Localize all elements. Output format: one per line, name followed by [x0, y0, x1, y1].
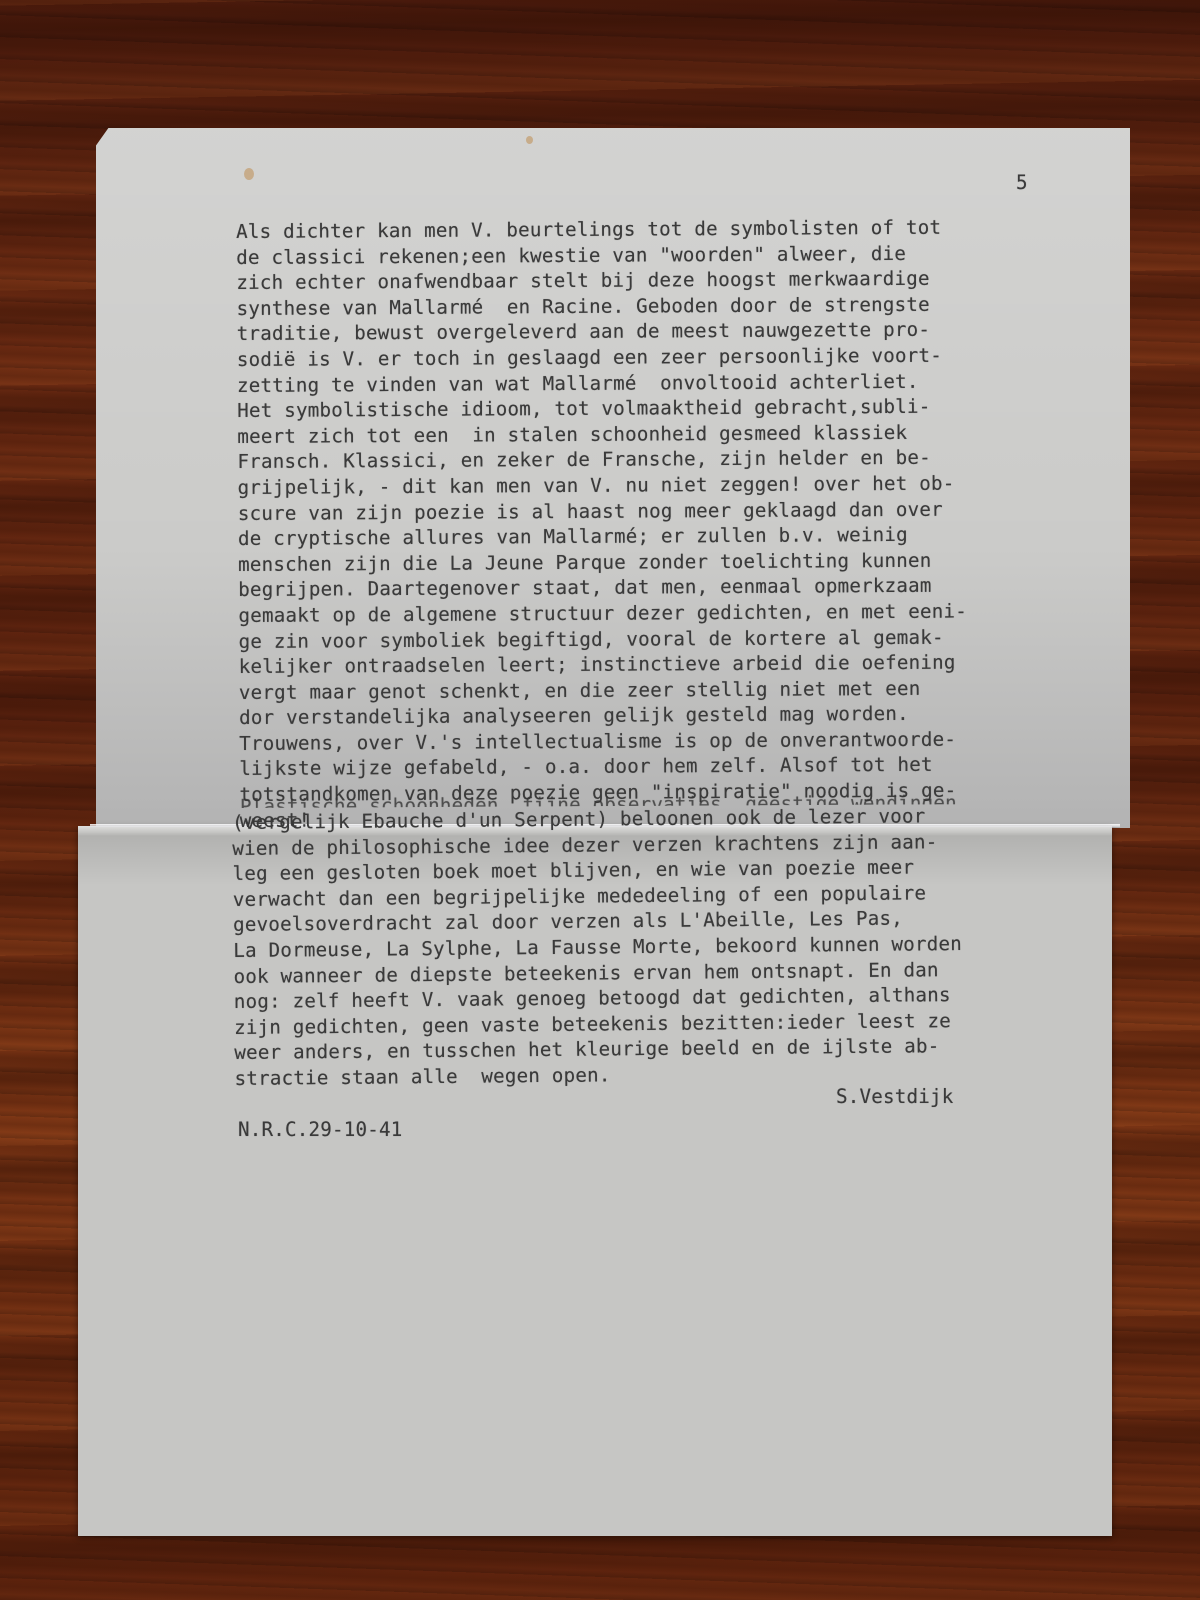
- typed-line: sodië is V. er toch in geslaagd een zeer…: [237, 343, 966, 373]
- paper-stain: [526, 136, 533, 144]
- typed-paragraph-bottom: (vergelijk Ebauche d'un Serpent) beloone…: [232, 803, 963, 1092]
- typed-line: grijpelijk, - dit kan men van V. nu niet…: [238, 470, 967, 500]
- page-number: 5: [1016, 170, 1028, 196]
- typed-line: Als dichter kan men V. beurtelings tot d…: [236, 215, 965, 245]
- typed-line: gemaakt op de algemene structuur dezer g…: [238, 598, 967, 628]
- source-citation: N.R.C.29-10-41: [238, 1117, 403, 1143]
- typed-paragraph-top: Als dichter kan men V. beurtelings tot d…: [236, 215, 968, 834]
- author-signature: S.Vestdijk: [836, 1084, 954, 1110]
- paper-stain: [244, 168, 254, 180]
- typed-line: kelijker ontraadselen leert; instinctiev…: [239, 650, 968, 680]
